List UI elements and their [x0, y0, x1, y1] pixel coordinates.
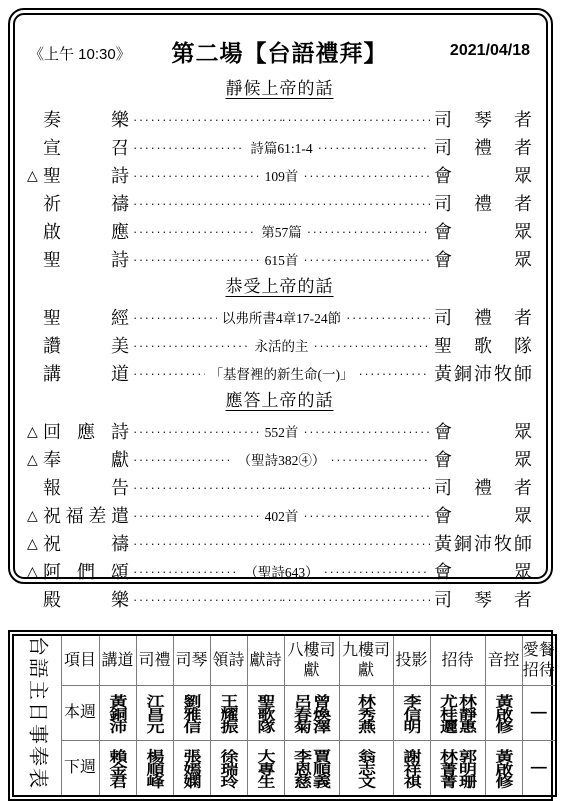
- line-note: 552首: [265, 421, 299, 441]
- line-performer: 會眾: [434, 162, 532, 188]
- cell-meal: —: [522, 686, 556, 741]
- cell-usher: 林靜惠尤桂邐: [430, 686, 485, 741]
- duty-side-title: 台語主日事奉表: [14, 636, 60, 790]
- col-header-sound: 音控: [485, 635, 522, 686]
- person-name: 郭明珊: [458, 749, 476, 787]
- line-note: 永活的主: [255, 335, 309, 355]
- line-label: 宣召: [43, 134, 129, 160]
- col-header-anthem: 獻詩: [247, 635, 284, 686]
- leader-dots: [282, 194, 431, 212]
- section-title: 靜候上帝的話: [27, 75, 532, 105]
- section-title: 恭受上帝的話: [27, 273, 532, 303]
- leader-dots: [133, 534, 282, 552]
- col-header-off8: 八樓司獻: [284, 635, 339, 686]
- leader-dots: [282, 534, 431, 552]
- leader-dots: [133, 422, 260, 440]
- program-line: △ 祝禱 黃銅沛牧師: [27, 529, 532, 557]
- leader-dots: [133, 250, 260, 268]
- program-line: 聖詩 615首 會眾: [27, 245, 532, 273]
- program-line: 奏樂 司琴者: [27, 105, 532, 133]
- line-performer: 會眾: [434, 502, 532, 528]
- line-note: 以弗所書4章17-24節: [222, 307, 341, 327]
- dotted-leader: 109首: [133, 165, 430, 185]
- line-note: 第57篇: [261, 221, 302, 241]
- leader-dots: [359, 364, 431, 382]
- dotted-leader: 永活的主: [133, 335, 430, 355]
- line-label: 報告: [43, 474, 129, 500]
- program-line: 講道 「基督裡的新生命(一)」 黃銅沛牧師: [27, 359, 532, 387]
- line-label: 啟應: [43, 218, 129, 244]
- bulletin-page: 《上午 10:30》 第二場【台語禮拜】 2021/04/18 靜候上帝的話 奏…: [0, 0, 561, 788]
- leader-dots: [282, 110, 431, 128]
- line-label: 聖經: [43, 304, 129, 330]
- dotted-leader: 以弗所書4章17-24節: [133, 307, 430, 327]
- person-name: 林菁菁: [439, 749, 457, 787]
- leader-dots: [314, 336, 431, 354]
- line-note: （聖詩382④）: [238, 449, 326, 469]
- person-name: 張嫣嫻: [183, 749, 201, 787]
- dotted-leader: 552首: [133, 421, 430, 441]
- col-header-piano: 司琴: [173, 635, 210, 686]
- leader-dots: [133, 166, 260, 184]
- col-header-preach: 講道: [99, 635, 136, 686]
- line-performer: 會眾: [434, 246, 532, 272]
- duty-side-title-cell: 台語主日事奉表: [13, 635, 61, 796]
- leader-dots: [133, 364, 205, 382]
- dotted-leader: 詩篇61:1-4: [133, 137, 430, 157]
- leader-dots: [133, 222, 256, 240]
- col-header-item: 項目: [61, 635, 99, 686]
- line-performer: 司禮者: [434, 134, 532, 160]
- person-name: 翁志文: [357, 749, 375, 787]
- program-line: 讚美 永活的主 聖歌隊: [27, 331, 532, 359]
- col-header-meal: 愛餐招待: [522, 635, 556, 686]
- line-label: 阿們頌: [43, 558, 129, 584]
- person-name: 李恩慈: [293, 749, 311, 787]
- line-label: 祝福差遣: [43, 502, 129, 528]
- section-title: 應答上帝的話: [27, 387, 532, 417]
- line-note: 109首: [265, 165, 299, 185]
- person-name: 江昌元: [146, 694, 164, 732]
- line-label: 讚美: [43, 332, 129, 358]
- program-line: △ 祝福差遣 402首 會眾: [27, 501, 532, 529]
- line-prefix: △: [27, 507, 43, 524]
- leader-dots: [133, 562, 239, 580]
- dotted-leader: 第57篇: [133, 221, 430, 241]
- line-note: 詩篇61:1-4: [250, 137, 312, 157]
- col-header-proj: 投影: [393, 635, 430, 686]
- line-label: 回應詩: [43, 418, 129, 444]
- person-name: 呂春菊: [293, 694, 311, 732]
- line-prefix: △: [27, 563, 43, 580]
- leader-dots: [133, 478, 282, 496]
- cell-proj: 李信明: [393, 686, 430, 741]
- cell-piano: 劉雅信: [173, 686, 210, 741]
- line-performer: 會眾: [434, 418, 532, 444]
- person-name: 聖歌隊: [257, 694, 275, 732]
- program-line: 報告 司禮者: [27, 473, 532, 501]
- person-name: 李信明: [403, 694, 421, 732]
- program-line: △ 聖詩 109首 會眾: [27, 161, 532, 189]
- dotted-leader: 615首: [133, 249, 430, 269]
- program-line: △ 阿們頌 （聖詩643） 會眾: [27, 557, 532, 585]
- line-performer: 黃銅沛牧師: [434, 530, 532, 556]
- program-line: 宣召 詩篇61:1-4 司禮者: [27, 133, 532, 161]
- program-box: 《上午 10:30》 第二場【台語禮拜】 2021/04/18 靜候上帝的話 奏…: [8, 8, 553, 584]
- person-name: 尤桂邐: [439, 694, 457, 732]
- line-note: 「基督裡的新生命(一)」: [210, 363, 354, 383]
- line-performer: 司琴者: [434, 586, 532, 612]
- line-prefix: △: [27, 535, 43, 552]
- program-header: 《上午 10:30》 第二場【台語禮拜】 2021/04/18: [27, 35, 532, 71]
- line-prefix: △: [27, 167, 43, 184]
- line-label: 聖詩: [43, 246, 129, 272]
- person-name: 林靜惠: [458, 694, 476, 732]
- dotted-leader: [133, 110, 430, 128]
- cell-preach: 黃銅沛: [99, 686, 136, 741]
- leader-dots: [133, 308, 217, 326]
- dotted-leader: [133, 194, 430, 212]
- line-performer: 會眾: [434, 558, 532, 584]
- cell-lead: 江昌元: [136, 686, 173, 741]
- line-performer: 司禮者: [434, 304, 532, 330]
- dotted-leader: [133, 534, 430, 552]
- line-label: 奏樂: [43, 106, 129, 132]
- program-line: 聖經 以弗所書4章17-24節 司禮者: [27, 303, 532, 331]
- dotted-leader: （聖詩382④）: [133, 449, 430, 469]
- program-line: △ 奉獻 （聖詩382④） 會眾: [27, 445, 532, 473]
- line-performer: 會眾: [434, 218, 532, 244]
- col-header-usher: 招待: [430, 635, 485, 686]
- line-note: （聖詩643）: [244, 561, 318, 581]
- cell-off9: 林秀燕: [339, 686, 393, 741]
- person-name: 劉雅信: [183, 694, 201, 732]
- leader-dots: [133, 336, 250, 354]
- leader-dots: [330, 450, 430, 468]
- leader-dots: [346, 308, 430, 326]
- line-label: 講道: [43, 360, 129, 386]
- line-performer: 司禮者: [434, 190, 532, 216]
- person-name: 謝祥祺: [403, 749, 421, 787]
- duty-table: 台語主日事奉表 項目 講道 司禮 司琴 領詩 獻詩 八樓司獻 九樓司獻 投影 招…: [12, 634, 557, 797]
- leader-dots: [133, 450, 233, 468]
- person-name: 王耀振: [220, 694, 238, 732]
- person-name: 徐瑞玲: [220, 749, 238, 787]
- person-name: 林秀燕: [357, 694, 375, 732]
- leader-dots: [282, 478, 431, 496]
- leader-dots: [282, 590, 431, 608]
- leader-dots: [303, 250, 430, 268]
- line-label: 奉獻: [43, 446, 129, 472]
- leader-dots: [324, 562, 430, 580]
- person-name: 賈順義: [312, 749, 330, 787]
- program-line: 殿樂 司琴者: [27, 585, 532, 613]
- person-name: 黃啟修: [495, 694, 513, 732]
- program-line: △ 回應詩 552首 會眾: [27, 417, 532, 445]
- person-name: 大專生: [257, 749, 275, 787]
- line-performer: 會眾: [434, 446, 532, 472]
- program-line: 祈禱 司禮者: [27, 189, 532, 217]
- duty-header-row: 台語主日事奉表 項目 講道 司禮 司琴 領詩 獻詩 八樓司獻 九樓司獻 投影 招…: [13, 635, 556, 686]
- program-line: 啟應 第57篇 會眾: [27, 217, 532, 245]
- leader-dots: [303, 166, 430, 184]
- person-name: 曾煥澤: [312, 694, 330, 732]
- leader-dots: [133, 138, 245, 156]
- line-prefix: △: [27, 451, 43, 468]
- line-performer: 聖歌隊: [434, 332, 532, 358]
- line-note: 615首: [265, 249, 299, 269]
- leader-dots: [303, 422, 430, 440]
- line-note: 402首: [265, 505, 299, 525]
- dotted-leader: 402首: [133, 505, 430, 525]
- program-box-inner: 《上午 10:30》 第二場【台語禮拜】 2021/04/18 靜候上帝的話 奏…: [13, 13, 548, 579]
- line-performer: 黃銅沛牧師: [434, 360, 532, 386]
- leader-dots: [133, 194, 282, 212]
- person-name: 楊順峰: [146, 749, 164, 787]
- col-header-lead: 司禮: [136, 635, 173, 686]
- cell-anthem: 聖歌隊: [247, 686, 284, 741]
- service-date: 2021/04/18: [450, 42, 530, 60]
- col-header-off9: 九樓司獻: [339, 635, 393, 686]
- cell-off8: 曾煥澤呂春菊: [284, 686, 339, 741]
- person-name: 黃銅沛: [109, 694, 127, 732]
- line-label: 祈禱: [43, 190, 129, 216]
- leader-dots: [133, 110, 282, 128]
- person-name: 黃啟修: [495, 749, 513, 787]
- dotted-leader: [133, 478, 430, 496]
- line-label: 祝禱: [43, 530, 129, 556]
- dotted-leader: 「基督裡的新生命(一)」: [133, 363, 430, 383]
- cell-song: 王耀振: [210, 686, 247, 741]
- cell-sound: 黃啟修: [485, 686, 522, 741]
- dotted-leader: （聖詩643）: [133, 561, 430, 581]
- line-performer: 司琴者: [434, 106, 532, 132]
- line-prefix: △: [27, 423, 43, 440]
- col-header-song: 領詩: [210, 635, 247, 686]
- dotted-leader: [133, 590, 430, 608]
- duty-table-wrap: 台語主日事奉表 項目 講道 司禮 司琴 領詩 獻詩 八樓司獻 九樓司獻 投影 招…: [8, 630, 553, 801]
- leader-dots: [133, 590, 282, 608]
- line-label: 聖詩: [43, 162, 129, 188]
- leader-dots: [307, 222, 430, 240]
- leader-dots: [318, 138, 430, 156]
- line-label: 殿樂: [43, 586, 129, 612]
- line-performer: 司禮者: [434, 474, 532, 500]
- person-name: 賴金君: [109, 749, 127, 787]
- leader-dots: [303, 506, 430, 524]
- duty-row-this-week: 本週 黃銅沛 江昌元 劉雅信 王耀振 聖歌隊 曾煥澤呂春菊 林秀燕 李信明 林靜…: [13, 686, 556, 741]
- leader-dots: [133, 506, 260, 524]
- row-label: 本週: [61, 686, 99, 741]
